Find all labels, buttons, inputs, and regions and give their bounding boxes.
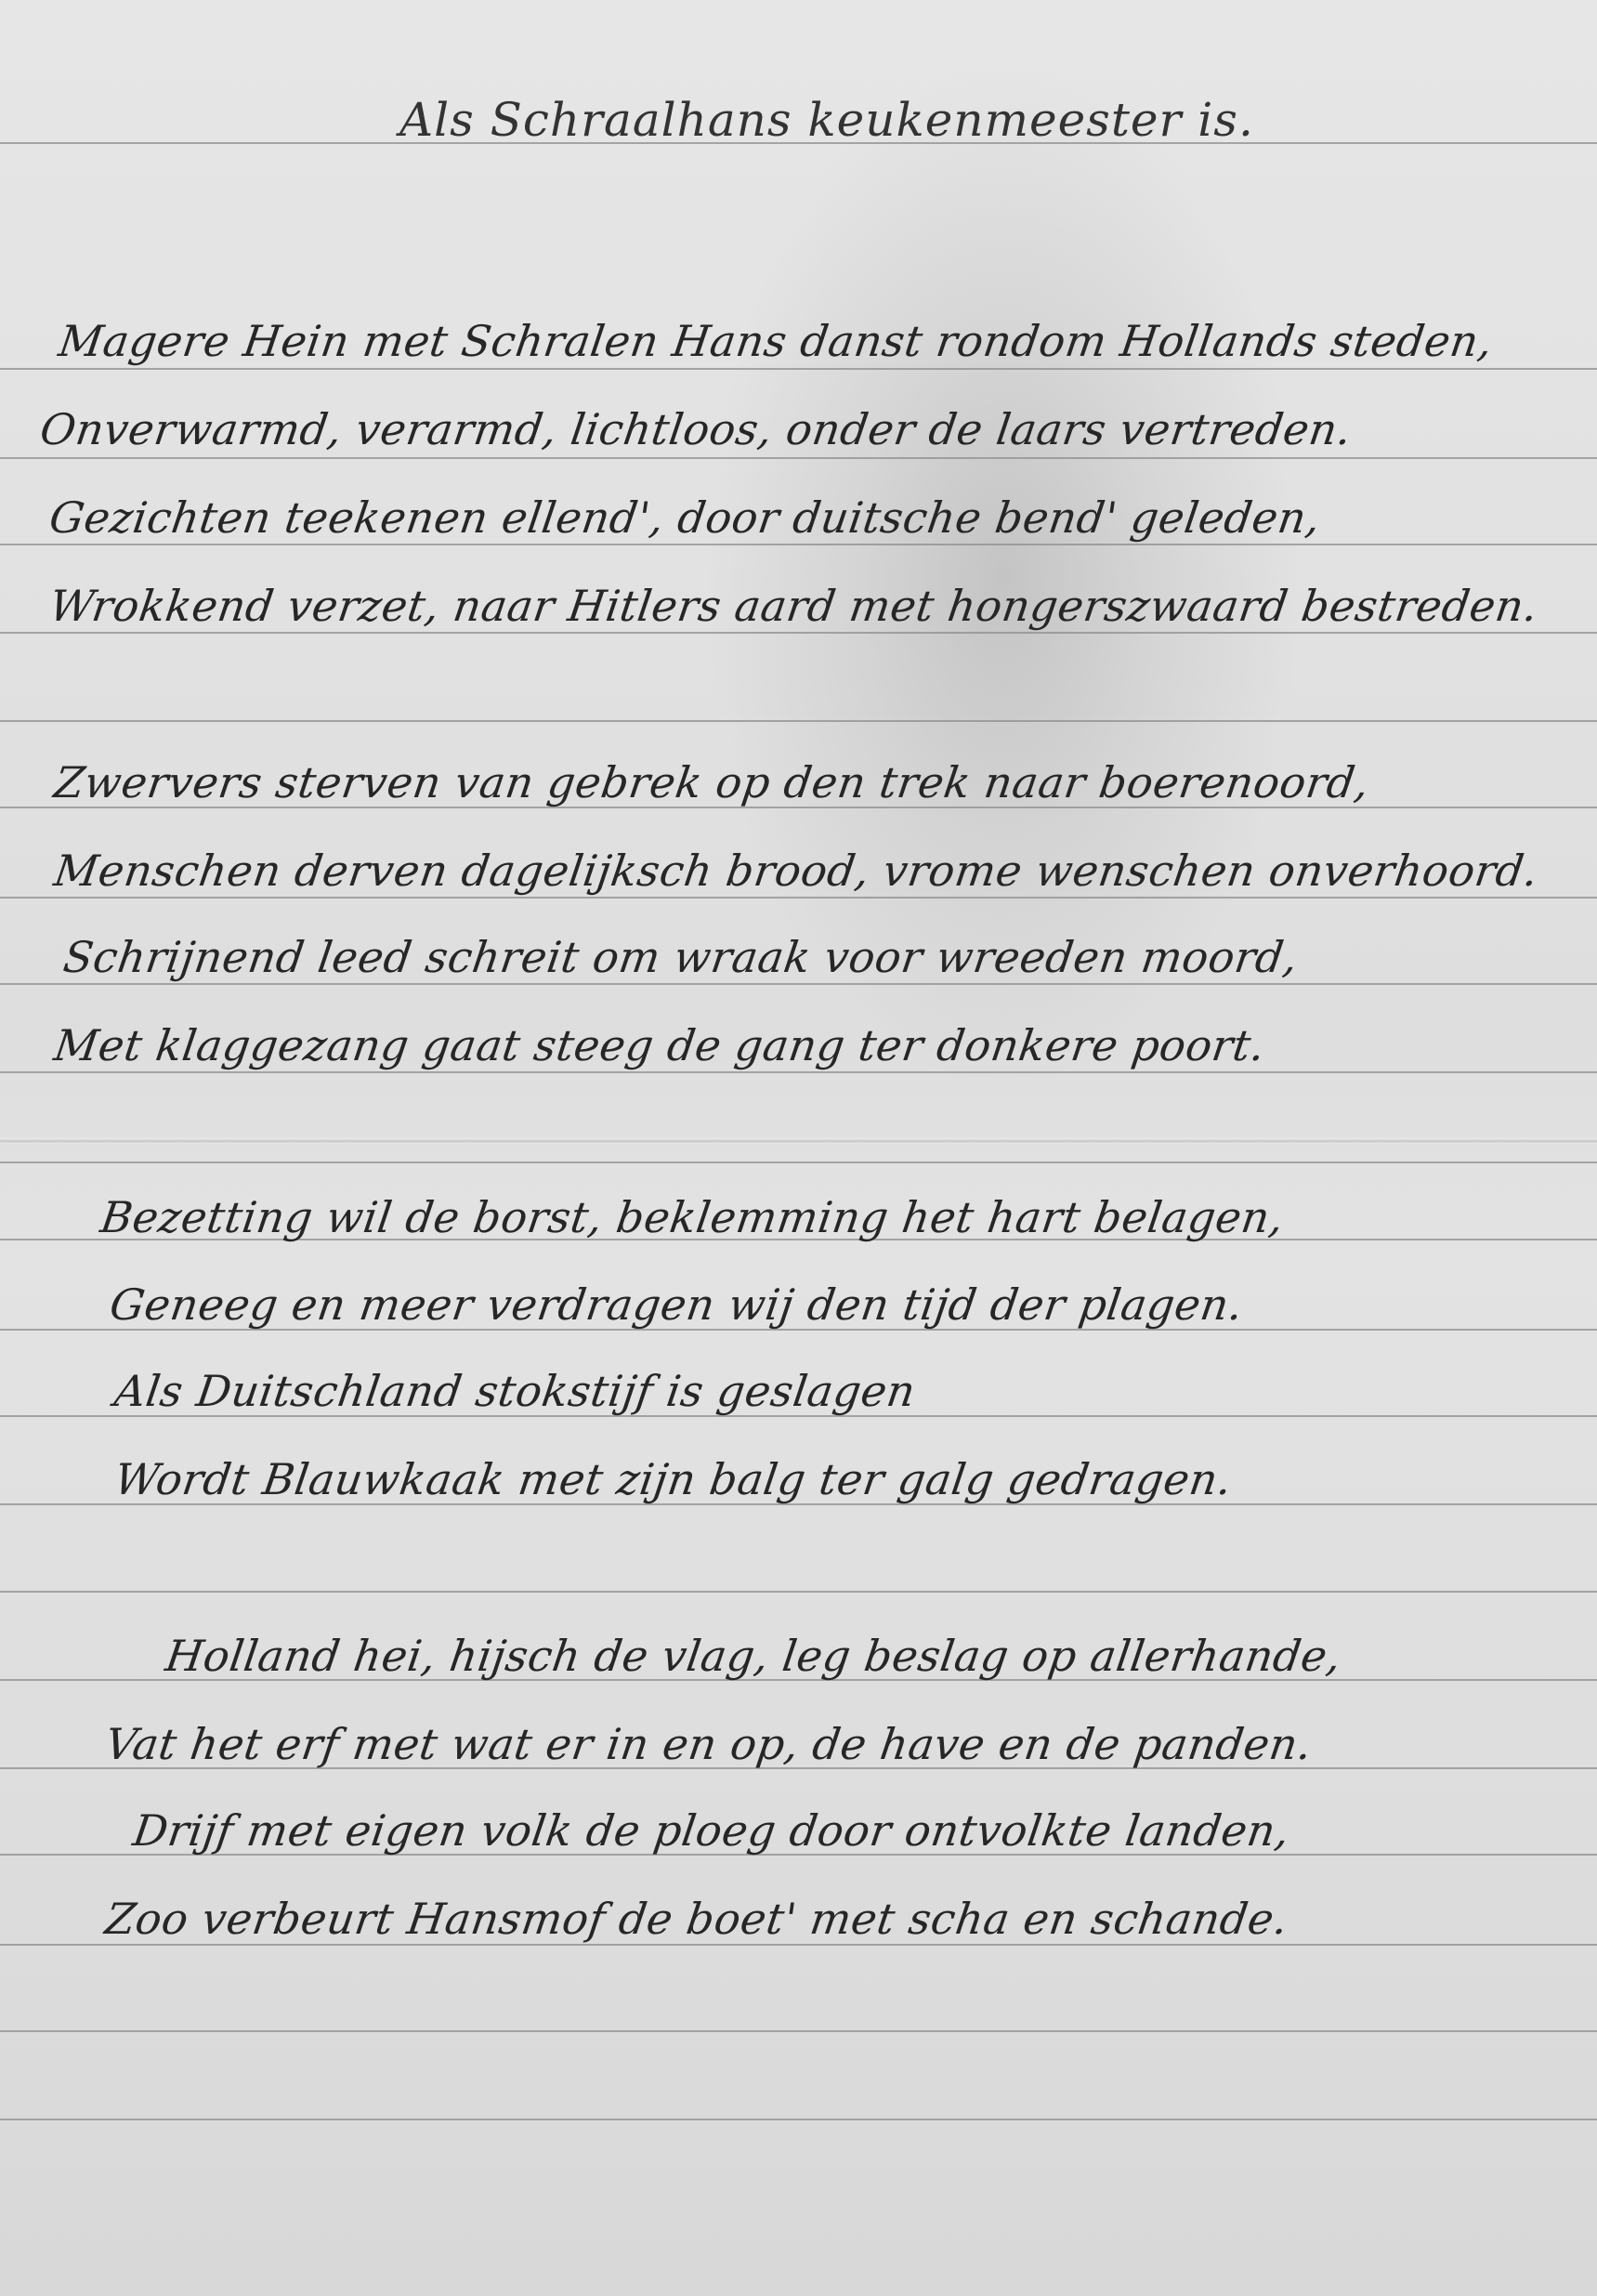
ruled-line — [0, 2119, 1597, 2120]
poem-line: Menschen derven dagelijksch brood, vrome… — [51, 846, 1541, 896]
poem-line: Met klaggezang gaat steeg de gang ter do… — [51, 1020, 1268, 1070]
ruled-line — [0, 897, 1597, 899]
ruled-line — [0, 2030, 1597, 2032]
ruled-line — [0, 1071, 1597, 1073]
poem-line: Wordt Blauwkaak met zijn balg ter galg g… — [111, 1454, 1236, 1504]
poem-line: Wrokkend verzet, naar Hitlers aard met h… — [46, 581, 1541, 631]
ruled-line — [0, 720, 1597, 722]
poem-line: Holland hei, hijsch de vlag, leg beslag … — [163, 1631, 1344, 1681]
poem-line: Magere Hein met Schralen Hans danst rond… — [56, 316, 1496, 366]
ruled-line — [0, 1944, 1597, 1946]
poem-line: Vat het erf met wat er in en op, de have… — [102, 1719, 1316, 1769]
ruled-line — [0, 457, 1597, 459]
paper-fold — [0, 1138, 1597, 1144]
poem-line: Gezichten teekenen ellend', door duitsch… — [46, 492, 1324, 543]
poem-line: Zwervers sterven van gebrek op den trek … — [51, 757, 1372, 807]
ruled-line — [0, 1161, 1597, 1163]
ruled-line — [0, 983, 1597, 985]
ruled-line — [0, 368, 1597, 370]
handwritten-letter-page: Als Schraalhans keukenmeester is. Magere… — [0, 0, 1597, 2296]
poem-title: Als Schraalhans keukenmeester is. — [399, 93, 1375, 147]
poem-line: Schrijnend leed schreit om wraak voor wr… — [60, 932, 1302, 982]
ruled-line — [0, 1591, 1597, 1593]
poem-line: Als Duitschland stokstijf is geslagen — [111, 1366, 919, 1416]
ruled-line — [0, 544, 1597, 545]
poem-line: Bezetting wil de borst, beklemming het h… — [98, 1192, 1288, 1242]
poem-line: Drijf met eigen volk de ploeg door ontvo… — [130, 1805, 1293, 1856]
ruled-line — [0, 632, 1597, 634]
poem-line: Onverwarmd, verarmd, lichtloos, onder de… — [37, 404, 1355, 454]
poem-line: Geneeg en meer verdragen wij den tijd de… — [107, 1279, 1247, 1330]
poem-line: Zoo verbeurt Hansmof de boet' met scha e… — [102, 1894, 1291, 1944]
